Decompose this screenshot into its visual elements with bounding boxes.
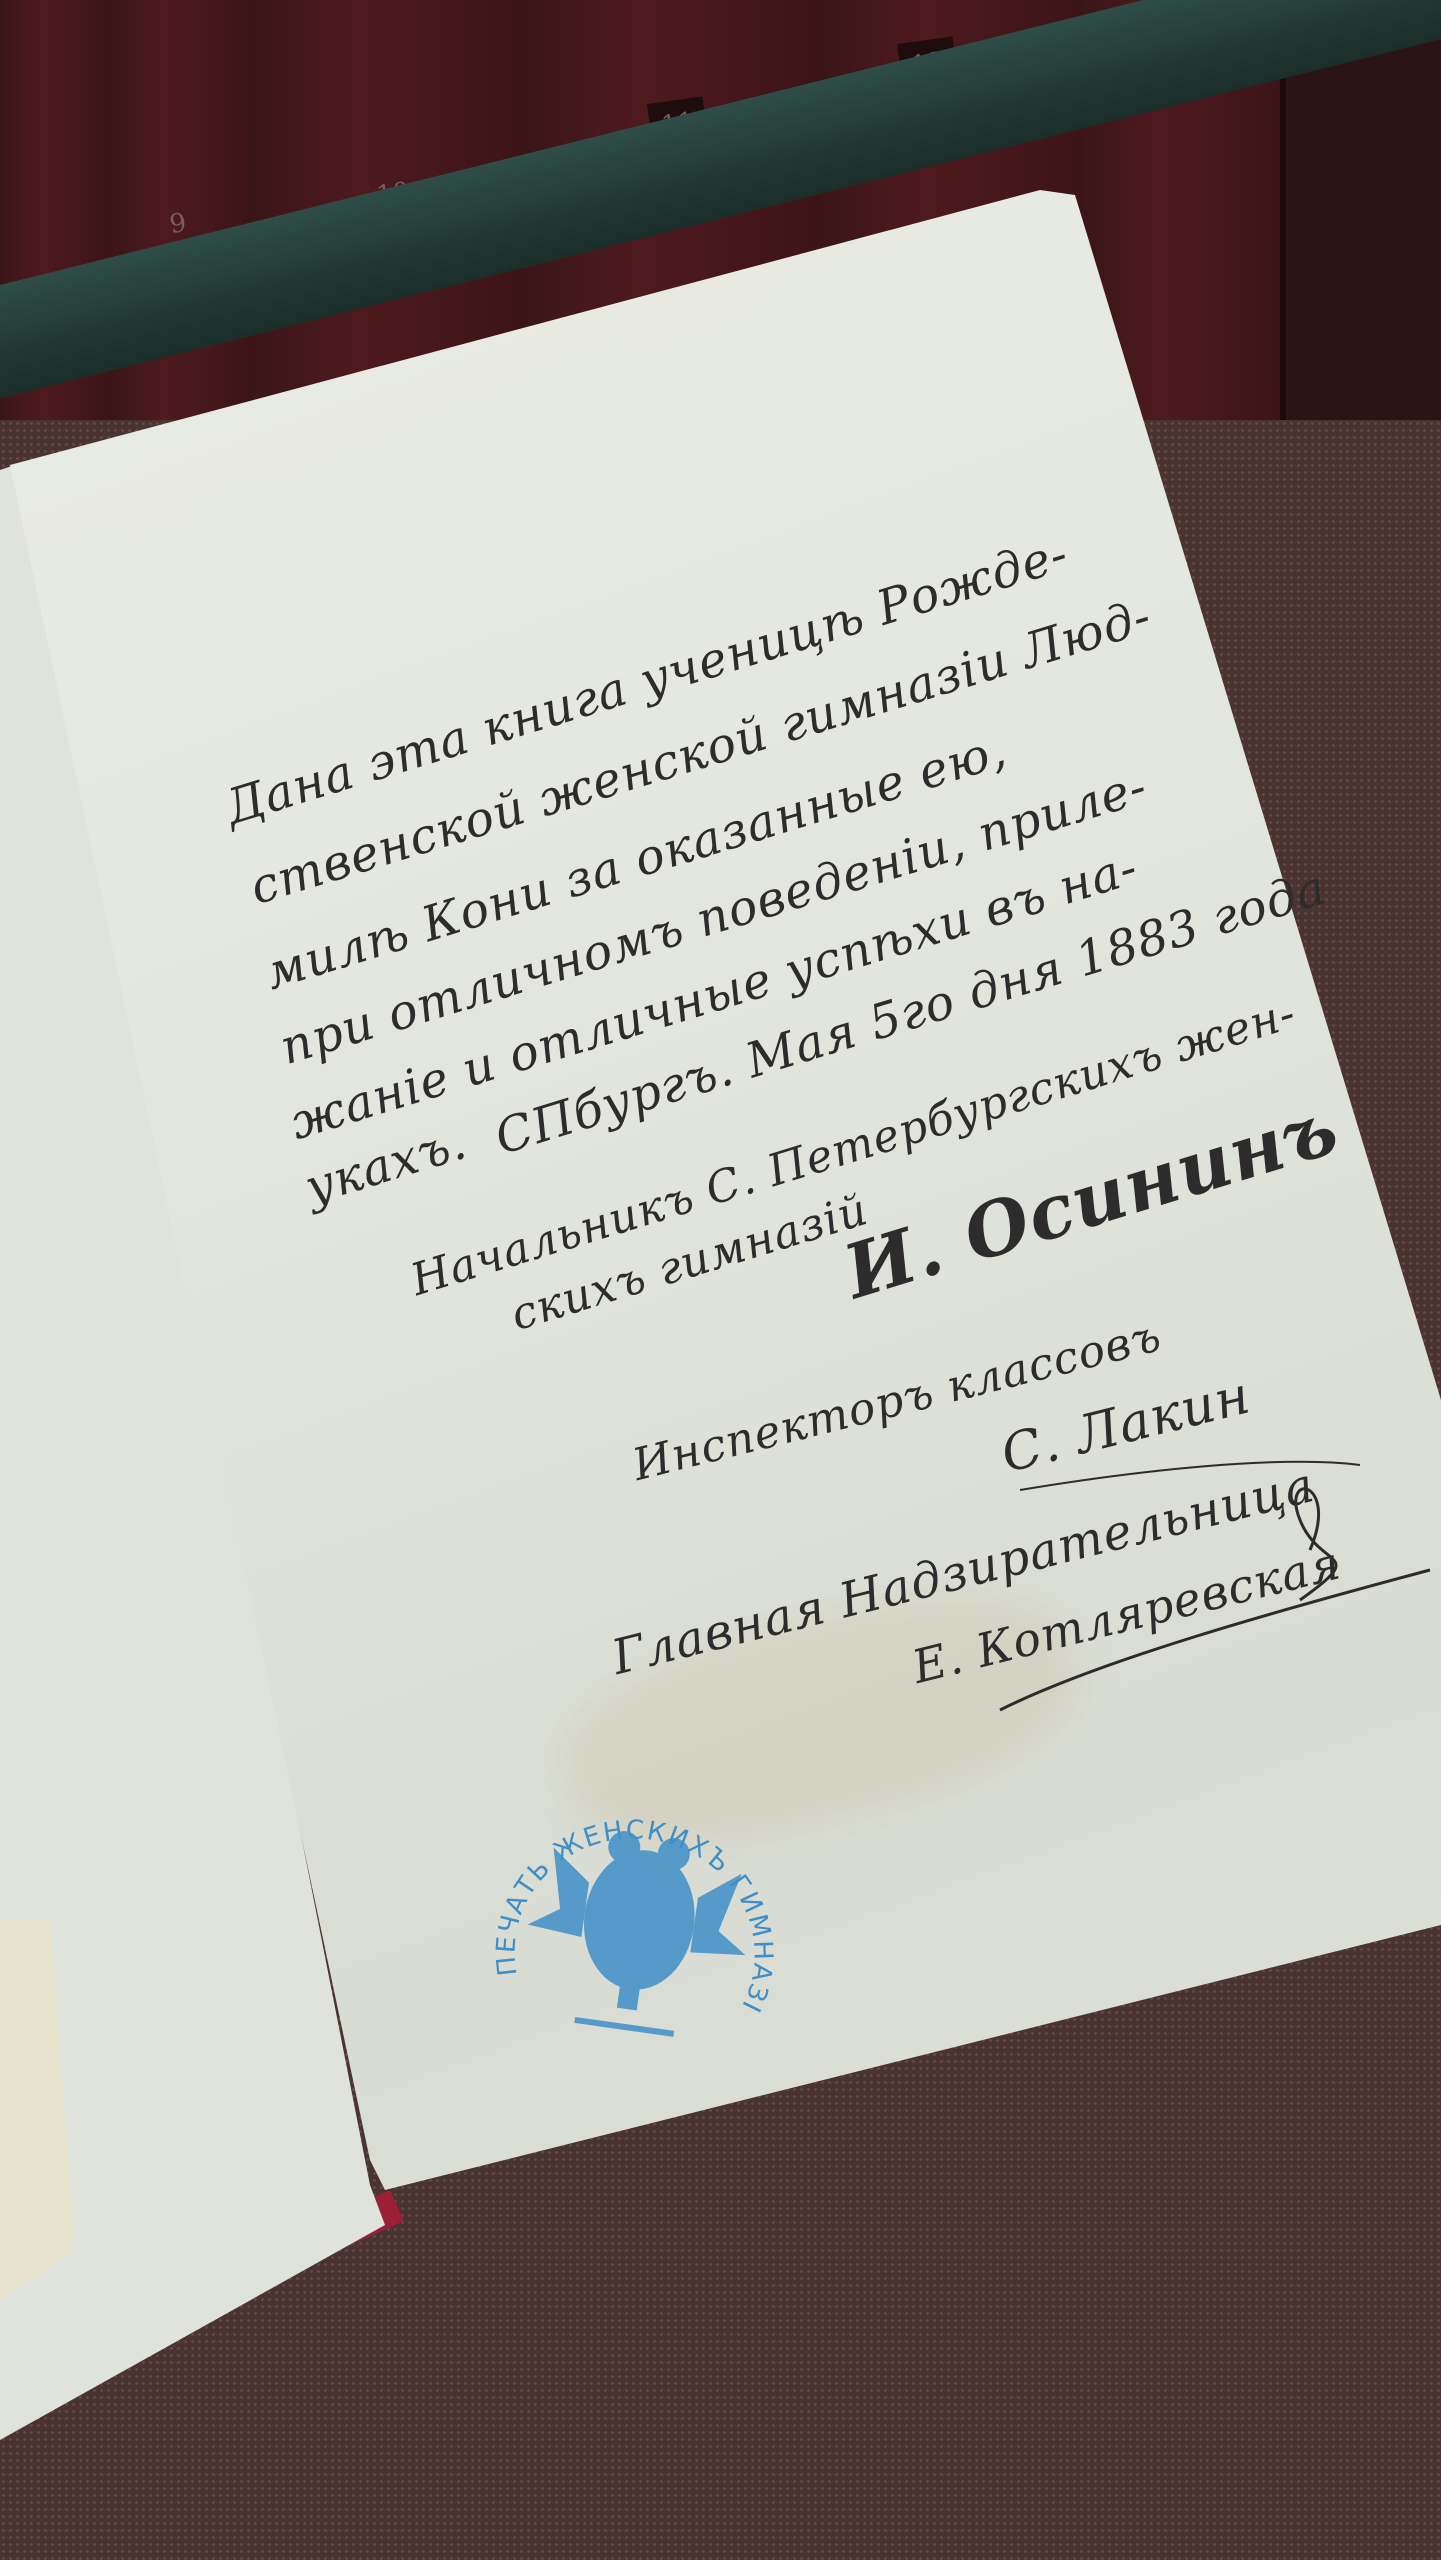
signature-flourish-icon [980, 1460, 1440, 1720]
double-headed-eagle-stamp-icon: ПЕЧАТЬ ЖЕНСКИХЪ ГИМНАЗІЙ ВЪ С.П.Б [471, 1751, 808, 2080]
school-stamp: ПЕЧАТЬ ЖЕНСКИХЪ ГИМНАЗІЙ ВЪ С.П.Б [471, 1751, 808, 2080]
